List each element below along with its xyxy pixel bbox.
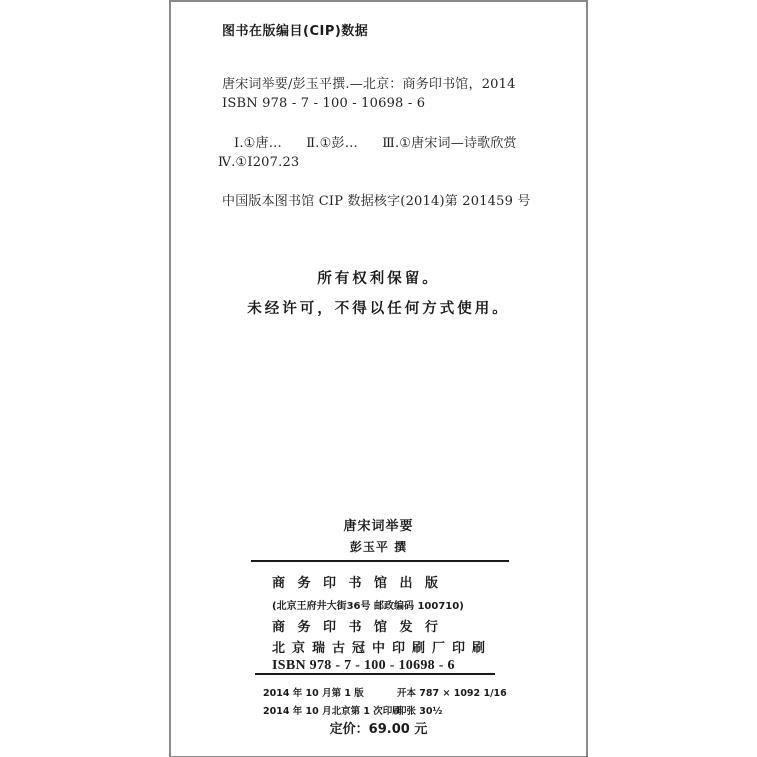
colophon-format: 开本 787 × 1092 1/16: [397, 685, 507, 699]
cip-heading: 图书在版编目(CIP)数据: [222, 20, 368, 39]
classification-item: Ⅰ.①唐…: [234, 136, 282, 151]
cip-isbn-line: ISBN 978 - 7 - 100 - 10698 - 6: [222, 96, 425, 111]
cip-title-line: 唐宋词举要/彭玉平撰.—北京：商务印书馆，2014: [222, 73, 516, 92]
colophon-author: 彭玉平 撰: [171, 538, 586, 555]
colophon-printer: 北京瑞古冠中印刷厂印刷: [272, 637, 492, 656]
cip-classification-line2: Ⅳ.①I207.23: [218, 155, 299, 170]
colophon-publisher: 商务印书馆出版: [272, 572, 451, 591]
rights-reserved: 所有权利保留。: [171, 267, 586, 288]
rights-notice: 未经许可，不得以任何方式使用。: [171, 297, 586, 318]
divider-rule: [255, 673, 495, 675]
copyright-page: 图书在版编目(CIP)数据 唐宋词举要/彭玉平撰.—北京：商务印书馆，2014 …: [169, 0, 588, 757]
colophon-edition: 2014 年 10 月第 1 版: [263, 685, 364, 699]
classification-item: Ⅲ.①唐宋词—诗歌欣赏: [382, 136, 517, 151]
cip-classification: Ⅰ.①唐… Ⅱ.①彭… Ⅲ.①唐宋词—诗歌欣赏: [234, 132, 537, 151]
colophon-sheets: 印张 30½: [397, 703, 442, 717]
colophon-book-title: 唐宋词举要: [171, 515, 586, 534]
colophon-address: (北京王府井大街36号 邮政编码 100710): [272, 597, 464, 612]
colophon-isbn: ISBN 978 - 7 - 100 - 10698 - 6: [272, 658, 455, 674]
colophon-printing: 2014 年 10 月北京第 1 次印刷: [263, 703, 402, 717]
classification-item: Ⅱ.①彭…: [306, 136, 358, 151]
cip-record-number: 中国版本图书馆 CIP 数据核字(2014)第 201459 号: [222, 190, 531, 209]
colophon-distributor: 商务印书馆发行: [272, 616, 451, 635]
colophon-price: 定价：69.00 元: [171, 718, 586, 737]
divider-rule: [251, 560, 509, 562]
